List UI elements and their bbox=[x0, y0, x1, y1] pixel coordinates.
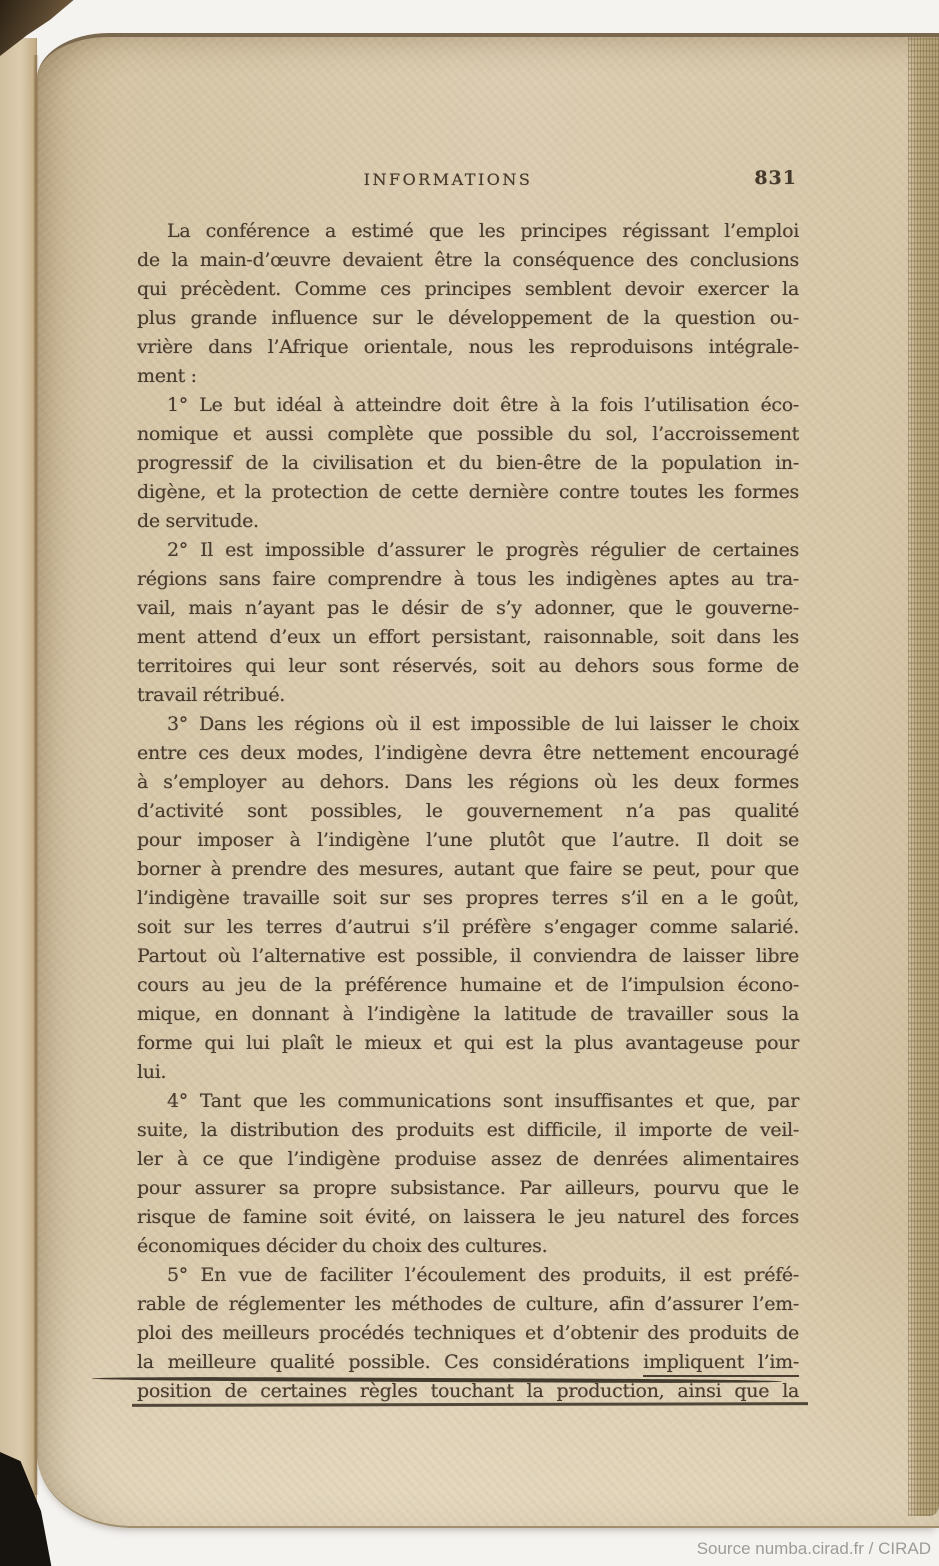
text-line: La conférence a estimé que les principes… bbox=[137, 217, 799, 246]
text-line: digène, et la protection de cette derniè… bbox=[137, 478, 799, 507]
text-line: qui précèdent. Comme ces principes sembl… bbox=[137, 275, 799, 304]
paragraph: 5° En vue de faciliter l’écoulement des … bbox=[137, 1261, 799, 1406]
text-line: soit sur les terres d’autrui s’il préfèr… bbox=[137, 913, 799, 942]
text-line: 5° En vue de faciliter l’écoulement des … bbox=[137, 1261, 799, 1290]
text-line: territoires qui leur sont réservés, soit… bbox=[137, 652, 799, 681]
book-page: INFORMATIONS 831 La conférence a estimé … bbox=[37, 33, 939, 1528]
text-line: vrière dans l’Afrique orientale, nous le… bbox=[137, 333, 799, 362]
text-line: mique, en donnant à l’indigène la latitu… bbox=[137, 1000, 799, 1029]
text-line: 1° Le but idéal à atteindre doit être à … bbox=[137, 391, 799, 420]
page-title: INFORMATIONS bbox=[137, 170, 759, 189]
paragraph: 2° Il est impossible d’assurer le progrè… bbox=[137, 536, 799, 710]
text-line: 3° Dans les régions où il est impossible… bbox=[137, 710, 799, 739]
text-line: risque de famine soit évité, on laissera… bbox=[137, 1203, 799, 1232]
text-line: économiques décider du choix des culture… bbox=[137, 1232, 799, 1261]
text-block: La conférence a estimé que les principes… bbox=[137, 217, 799, 1406]
page-number: 831 bbox=[754, 167, 797, 189]
paragraph: 4° Tant que les communications sont insu… bbox=[137, 1087, 799, 1261]
text-line: borner à prendre des mesures, autant que… bbox=[137, 855, 799, 884]
paragraph: 3° Dans les régions où il est impossible… bbox=[137, 710, 799, 1087]
page-fore-edge bbox=[908, 37, 939, 1516]
text-line: vail, mais n’ayant pas le désir de s’y a… bbox=[137, 594, 799, 623]
text-line: à s’employer au dehors. Dans les régions… bbox=[137, 768, 799, 797]
text-line: 2° Il est impossible d’assurer le progrè… bbox=[137, 536, 799, 565]
text-segment: la meilleure qualité possible. Ces consi… bbox=[137, 1351, 643, 1373]
text-line: 4° Tant que les communications sont insu… bbox=[137, 1087, 799, 1116]
facing-page-sliver bbox=[0, 38, 37, 1506]
text-line: rable de réglementer les méthodes de cul… bbox=[137, 1290, 799, 1319]
text-line: cours au jeu de la préférence humaine et… bbox=[137, 971, 799, 1000]
text-line: progressif de la civilisation et du bien… bbox=[137, 449, 799, 478]
source-watermark: Source numba.cirad.fr / CIRAD bbox=[697, 1539, 931, 1559]
text-line: pour assurer sa propre subsistance. Par … bbox=[137, 1174, 799, 1203]
text-line: la meilleure qualité possible. Ces consi… bbox=[137, 1348, 799, 1377]
text-line: nomique et aussi complète que possible d… bbox=[137, 420, 799, 449]
text-line: ment : bbox=[137, 362, 799, 391]
text-line: Partout où l’alternative est possible, i… bbox=[137, 942, 799, 971]
underlined-text: impliquent l’im- bbox=[643, 1351, 799, 1377]
paragraph: 1° Le but idéal à atteindre doit être à … bbox=[137, 391, 799, 536]
text-line: de servitude. bbox=[137, 507, 799, 536]
text-line: l’indigène travaille soit sur ses propre… bbox=[137, 884, 799, 913]
running-head: INFORMATIONS 831 bbox=[137, 170, 799, 198]
text-line: forme qui lui plaît le mieux et qui est … bbox=[137, 1029, 799, 1058]
text-line: lui. bbox=[137, 1058, 799, 1087]
text-line: d’activité sont possibles, le gouverneme… bbox=[137, 797, 799, 826]
gutter-crease bbox=[33, 55, 39, 1495]
text-line: entre ces deux modes, l’indigène devra ê… bbox=[137, 739, 799, 768]
text-line: ment attend d’eux un effort persistant, … bbox=[137, 623, 799, 652]
text-line: plus grande influence sur le développeme… bbox=[137, 304, 799, 333]
text-line: ploi des meilleurs procédés techniques e… bbox=[137, 1319, 799, 1348]
text-line: de la main-d’œuvre devaient être la cons… bbox=[137, 246, 799, 275]
text-line: pour imposer à l’indigène l’une plutôt q… bbox=[137, 826, 799, 855]
text-line: régions sans faire comprendre à tous les… bbox=[137, 565, 799, 594]
text-line: travail rétribué. bbox=[137, 681, 799, 710]
text-line: suite, la distribution des produits est … bbox=[137, 1116, 799, 1145]
scanned-book-page: INFORMATIONS 831 La conférence a estimé … bbox=[0, 0, 939, 1566]
text-line: ler à ce que l’indigène produise assez d… bbox=[137, 1145, 799, 1174]
paragraph: La conférence a estimé que les principes… bbox=[137, 217, 799, 391]
